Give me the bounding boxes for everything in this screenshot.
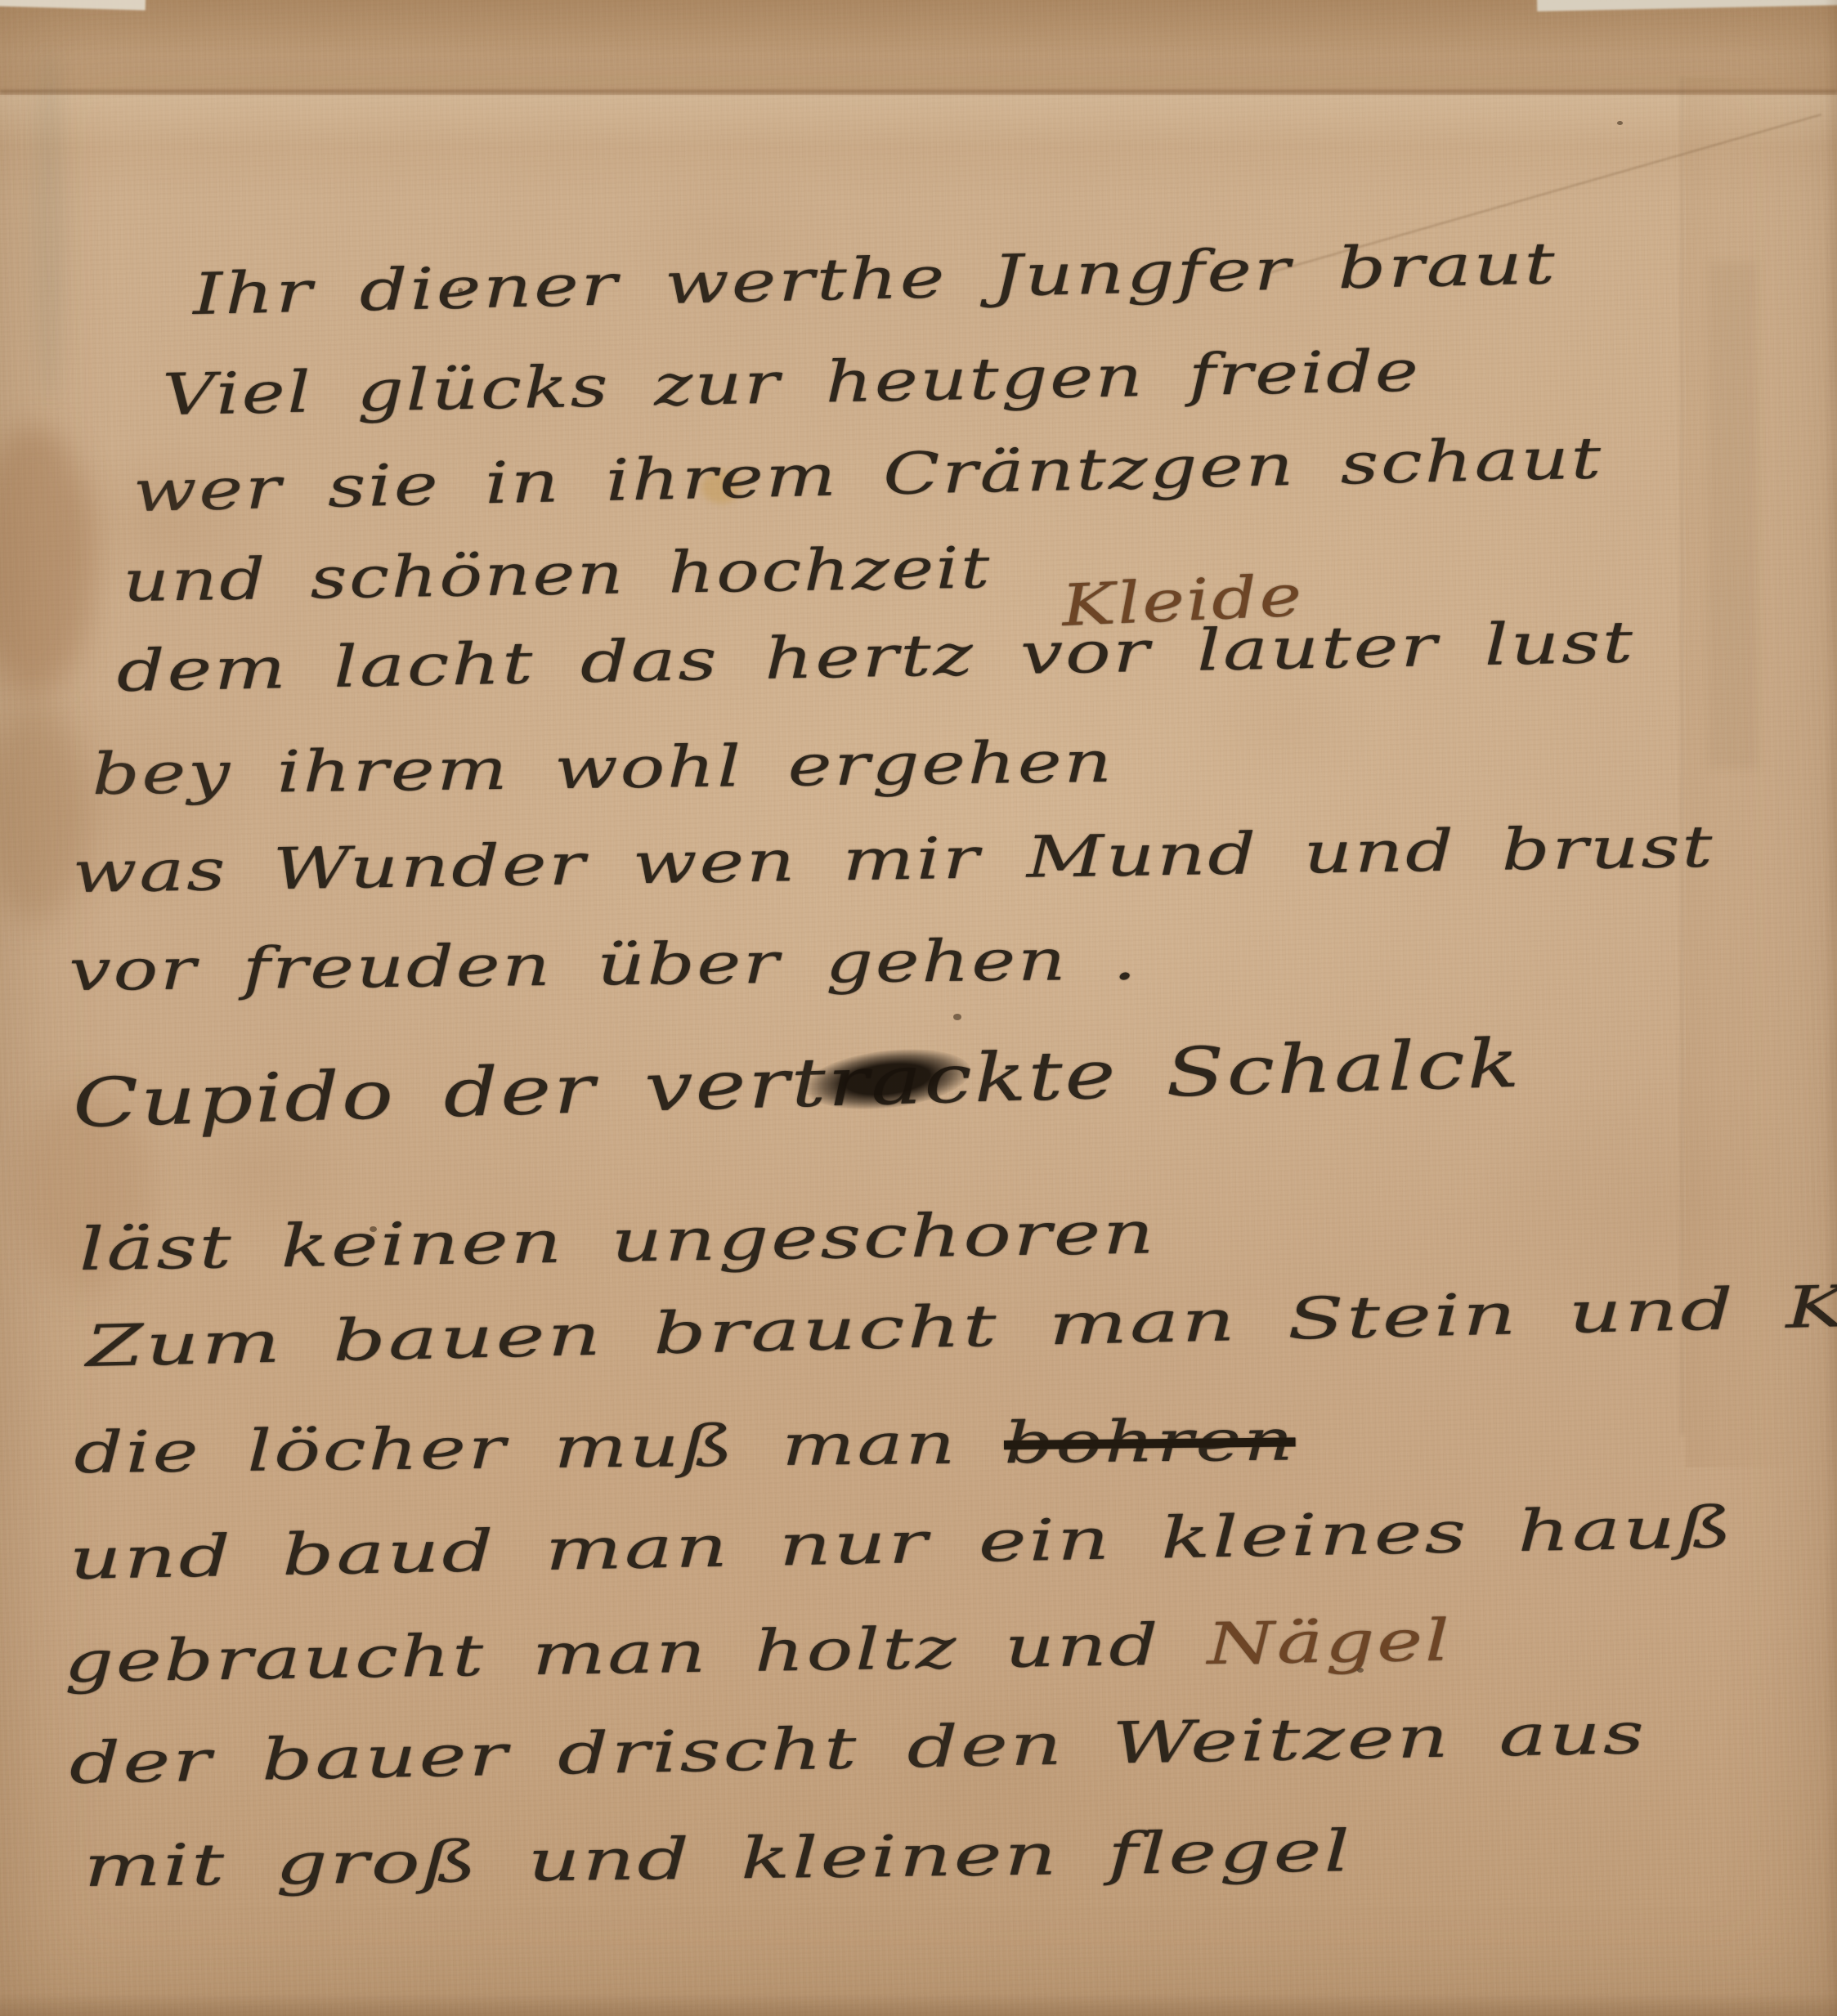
manuscript-line: bey ihrem wohl ergehen — [92, 733, 1114, 803]
line-text: die löcher muß man — [74, 1409, 1005, 1486]
manuscript-scan: Ihr diener werthe Jungfer braut Viel glü… — [0, 0, 1837, 2016]
line-text: wer sie in ihrem Cräntzgen schaut — [132, 424, 1604, 525]
line-text: Cupido der ver — [72, 1045, 792, 1142]
manuscript-line: Viel glücks zur heutgen freide — [162, 342, 1421, 423]
line-text: Zum bauen braucht man Stein und Kalch — [85, 1269, 1837, 1380]
fold-crease-line — [0, 90, 1837, 94]
manuscript-line: wer sie in ihrem Cräntzgen schaut — [132, 429, 1603, 520]
line-text: dem lacht das hertz vor lauter lust — [116, 608, 1635, 705]
scan-edge-sliver-left — [0, 0, 146, 11]
line-text: und schönen hochzeit — [123, 534, 992, 615]
line-text: läst keinen ungeschoren — [78, 1198, 1157, 1284]
manuscript-line: der bauer drischt den Weitzen aus — [69, 1705, 1647, 1792]
line-text: Schalck — [1117, 1025, 1522, 1114]
paper-stain — [33, 49, 65, 401]
faded-ink-word: Nägel — [1207, 1606, 1452, 1678]
paper-bottom-edge-shade — [0, 1993, 1837, 2016]
manuscript-line: Ihr diener werthe Jungfer braut — [192, 235, 1557, 323]
struck-word: bohren — [1004, 1406, 1296, 1476]
line-text: der bauer drischt den Weitzen aus — [69, 1700, 1647, 1797]
paper-stain — [0, 425, 95, 695]
manuscript-line: Cupido der vertrackte Schalck — [72, 1031, 1522, 1138]
ink-speck — [1617, 121, 1623, 125]
manuscript-line: Zum bauen braucht man Stein und Kalch — [85, 1274, 1837, 1375]
manuscript-line: läst keinen ungeschoren — [78, 1203, 1157, 1279]
manuscript-line: und baud man nur ein kleines hauß — [69, 1499, 1735, 1588]
manuscript-line: dem lacht das hertz vor lauter lust — [116, 613, 1635, 700]
paper-right-edge-shade — [1824, 0, 1837, 2016]
line-text: Viel glücks zur heutgen freide — [162, 337, 1421, 428]
line-text: und baud man nur ein kleines hauß — [69, 1494, 1735, 1593]
fold-crease-highlight — [0, 95, 1837, 147]
manuscript-line: was Wunder wen mir Mund und brust — [72, 818, 1715, 901]
manuscript-line: vor freuden über gehen . — [69, 930, 1139, 999]
ink-bleedthrough — [1709, 262, 1758, 768]
manuscript-line: mit groß und kleinen flegel — [83, 1822, 1352, 1895]
line-text: Ihr diener werthe Jungfer braut — [192, 230, 1557, 328]
line-text: was Wunder wen mir Mund und brust — [72, 813, 1715, 906]
line-text: vor freuden über gehen . — [69, 925, 1139, 1004]
manuscript-line: die löcher muß man bohren — [74, 1411, 1296, 1481]
vertical-fold-shadow — [1686, 78, 1837, 1467]
ink-speck — [953, 1014, 961, 1020]
line-text: mit groß und kleinen flegel — [83, 1817, 1352, 1900]
blotted-word-wrap: trackte — [790, 1042, 1118, 1118]
scan-edge-sliver-right — [1537, 0, 1837, 11]
manuscript-line: gebraucht man holtz und Nägel — [64, 1611, 1452, 1691]
paper-top-deckle-edge — [0, 0, 1837, 92]
manuscript-line: und schönen hochzeit Kleide — [123, 535, 1277, 610]
line-text: bey ihrem wohl ergehen — [92, 728, 1114, 808]
line-text: gebraucht man holtz und — [64, 1611, 1207, 1696]
vertical-fold-line — [1681, 78, 1683, 1435]
